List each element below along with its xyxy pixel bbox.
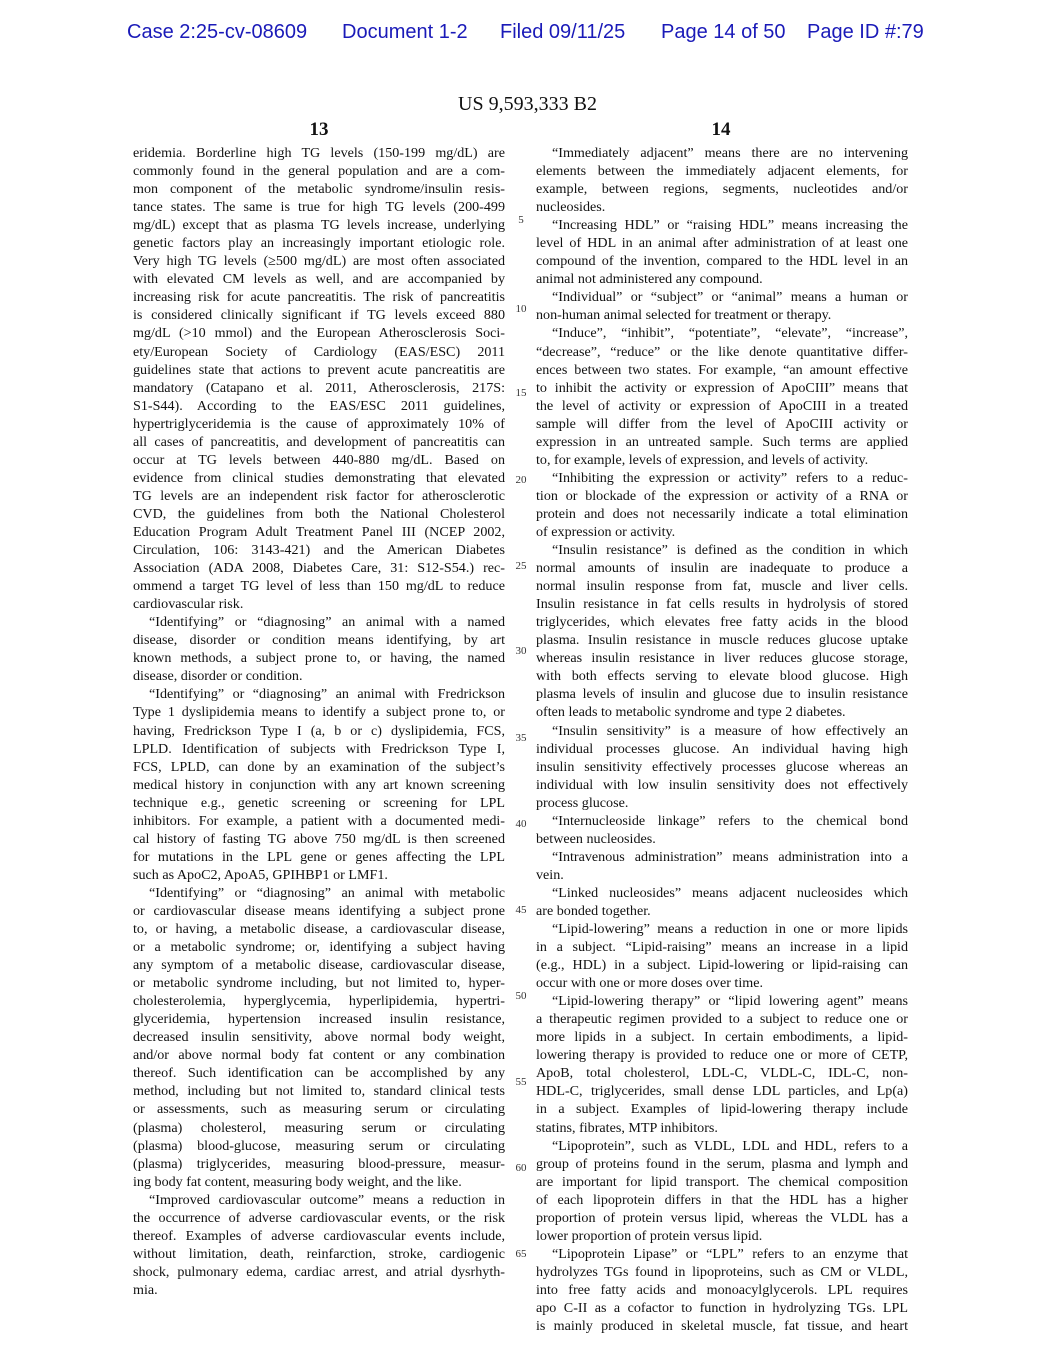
text-line: or assessments, such as measuring serum …	[133, 1100, 505, 1118]
text-line: in a subject. Examples of lipid-lowering…	[536, 1100, 908, 1118]
line-number: 65	[509, 1248, 533, 1260]
text-line: apo C-II as a cofactor to function in hy…	[536, 1299, 908, 1317]
text-line: statins, fibrates, MTP inhibitors.	[536, 1119, 908, 1137]
text-line: thereof. Such identification can be acco…	[133, 1064, 505, 1082]
text-line: HDL-C, triglycerides, small dense LDL pa…	[536, 1082, 908, 1100]
text-line: genetic factors play an increasingly imp…	[133, 234, 505, 252]
line-number: 5	[509, 214, 533, 226]
text-line: Circulation, 106: 3143-421) and the Amer…	[133, 541, 505, 559]
text-line: “Immediately adjacent” means there are n…	[536, 144, 908, 162]
text-line: more lipids in a subject. In certain emb…	[536, 1028, 908, 1046]
line-number: 25	[509, 560, 533, 572]
text-line: compound of the invention, compared to t…	[536, 252, 908, 270]
text-line: vein.	[536, 866, 908, 884]
text-line: decreased insulin sensitivity, above nor…	[133, 1028, 505, 1046]
text-line: or metabolic syndrome including, but not…	[133, 974, 505, 992]
text-line: tion or blockade of the expression or ac…	[536, 487, 908, 505]
text-line: normal amounts of insulin are inadequate…	[536, 559, 908, 577]
text-line: shock, pulmonary edema, cardiac arrest, …	[133, 1263, 505, 1281]
text-line: elements between the immediately adjacen…	[536, 162, 908, 180]
text-line: “decrease”, “reduce” or the like denote …	[536, 343, 908, 361]
right-column-text: “Immediately adjacent” means there are n…	[536, 144, 908, 1335]
text-line: normal insulin response from fat, muscle…	[536, 577, 908, 595]
left-column-text: eridemia. Borderline high TG levels (150…	[133, 144, 505, 1299]
text-line: the level of activity or expression of A…	[536, 397, 908, 415]
text-line: triglycerides, which elevates free fatty…	[536, 613, 908, 631]
page-id: Page ID #:79	[807, 18, 924, 46]
line-number: 40	[509, 818, 533, 830]
text-line: S1-S44). According to the EAS/ESC 2011 g…	[133, 397, 505, 415]
text-line: non-human animal selected for treatment …	[536, 306, 908, 324]
text-line: “Individual” or “subject” or “animal” me…	[536, 288, 908, 306]
text-line: “Intravenous administration” means admin…	[536, 848, 908, 866]
text-line: with elevated CM levels as well, and are…	[133, 270, 505, 288]
text-line: individual with low insulin sensitivity …	[536, 776, 908, 794]
text-line: individual processes glucose. An individ…	[536, 740, 908, 758]
text-line: to, for example, levels of expression, a…	[536, 451, 908, 469]
document-number: Document 1-2	[342, 18, 468, 46]
line-number: 55	[509, 1076, 533, 1088]
text-line: plasma. Insulin resistance in muscle red…	[536, 631, 908, 649]
left-column-number: 13	[289, 119, 349, 141]
text-line: medical history in conjunction with any …	[133, 776, 505, 794]
text-line: Insulin resistance in fat cells results …	[536, 595, 908, 613]
text-line: the occurrence of adverse cardiovascular…	[133, 1209, 505, 1227]
text-line: guidelines state that actions to prevent…	[133, 361, 505, 379]
text-line: example, between regions, segments, nucl…	[536, 180, 908, 198]
text-line: all cases of pancreatitis, and developme…	[133, 433, 505, 451]
text-line: “Increasing HDL” or “raising HDL” means …	[536, 216, 908, 234]
text-line: is mainly produced in skeletal muscle, f…	[536, 1317, 908, 1335]
text-line: mg/dL) except that as plasma TG levels i…	[133, 216, 505, 234]
text-line: protein and does not necessarily indicat…	[536, 505, 908, 523]
text-line: between nucleosides.	[536, 830, 908, 848]
text-line: are important for lipid transport. The c…	[536, 1173, 908, 1191]
line-number: 45	[509, 904, 533, 916]
text-line: Type 1 dyslipidemia means to identify a …	[133, 703, 505, 721]
text-line: a therapeutic regimen provided to a subj…	[536, 1010, 908, 1028]
text-line: expression in an untreated sample. Such …	[536, 433, 908, 451]
text-line: occur at TG levels between 440-880 mg/dL…	[133, 451, 505, 469]
text-line: LPLD. Identification of subjects with Fr…	[133, 740, 505, 758]
text-line: method, including but not limited to, st…	[133, 1082, 505, 1100]
text-line: ApoB, total cholesterol, LDL-C, VLDL-C, …	[536, 1064, 908, 1082]
text-line: ing body fat content, measuring body wei…	[133, 1173, 505, 1191]
text-line: level of HDL in an animal after administ…	[536, 234, 908, 252]
text-line: process glucose.	[536, 794, 908, 812]
text-line: occur with one or more doses over time.	[536, 974, 908, 992]
text-line: Education Program Adult Treatment Panel …	[133, 523, 505, 541]
text-line: are bonded together.	[536, 902, 908, 920]
text-line: having, Fredrickson Type I (a, b or c) d…	[133, 722, 505, 740]
text-line: Very high TG levels (≥500 mg/dL) are mos…	[133, 252, 505, 270]
text-line: often leads to metabolic syndrome and ty…	[536, 703, 908, 721]
text-line: lower proportion of protein versus lipid…	[536, 1227, 908, 1245]
text-line: ommend a target TG level of less than 15…	[133, 577, 505, 595]
line-number: 35	[509, 732, 533, 744]
text-line: hypertriglyceridemia is the cause of app…	[133, 415, 505, 433]
text-line: of each lipoprotein differs in that the …	[536, 1191, 908, 1209]
text-line: commonly found in the general population…	[133, 162, 505, 180]
text-line: lowering therapy is provided to reduce o…	[536, 1046, 908, 1064]
text-line: hydrolyzes TGs found in lipoproteins, su…	[536, 1263, 908, 1281]
text-line: or a metabolic syndrome; or, identifying…	[133, 938, 505, 956]
line-number: 60	[509, 1162, 533, 1174]
line-number: 50	[509, 990, 533, 1002]
text-line: tance states. The same is true for high …	[133, 198, 505, 216]
text-line: evidence from clinical studies demonstra…	[133, 469, 505, 487]
filed-date: Filed 09/11/25	[500, 18, 625, 46]
text-line: plasma levels of insulin and glucose due…	[536, 685, 908, 703]
text-line: nucleosides.	[536, 198, 908, 216]
text-line: (plasma) blood-glucose, measuring serum …	[133, 1137, 505, 1155]
text-line: in a subject. “Lipid-raising” means an i…	[536, 938, 908, 956]
right-column-number: 14	[691, 119, 751, 141]
text-line: with both effects serving to elevate blo…	[536, 667, 908, 685]
text-line: whereas insulin resistance in liver redu…	[536, 649, 908, 667]
text-line: disease, disorder or condition.	[133, 667, 505, 685]
text-line: animal not administered any compound.	[536, 270, 908, 288]
line-number: 30	[509, 645, 533, 657]
text-line: “Improved cardiovascular outcome” means …	[133, 1191, 505, 1209]
text-line: “Insulin sensitivity” is a measure of ho…	[536, 722, 908, 740]
text-line: inhibitors. For example, a patient with …	[133, 812, 505, 830]
text-line: sample will differ from the level of Apo…	[536, 415, 908, 433]
text-line: for mutations in the LPL gene or genes a…	[133, 848, 505, 866]
text-line: mia.	[133, 1281, 505, 1299]
text-line: FCS, LPLD, can done by an examination of…	[133, 758, 505, 776]
court-filing-header: Case 2:25-cv-08609 Document 1-2 Filed 09…	[0, 18, 1055, 48]
line-number: 15	[509, 387, 533, 399]
text-line: (plasma) triglycerides, measuring blood-…	[133, 1155, 505, 1173]
text-line: “Induce”, “inhibit”, “potentiate”, “elev…	[536, 324, 908, 342]
text-line: (plasma) cholesterol, measuring serum or…	[133, 1119, 505, 1137]
line-number: 10	[509, 303, 533, 315]
text-line: of expression or activity.	[536, 523, 908, 541]
text-line: insulin sensitivity effectively processe…	[536, 758, 908, 776]
text-line: “Identifying” or “diagnosing” an animal …	[133, 613, 505, 631]
text-line: “Lipoprotein Lipase” or “LPL” refers to …	[536, 1245, 908, 1263]
text-line: “Lipid-lowering” means a reduction in on…	[536, 920, 908, 938]
text-line: is considered clinically significant if …	[133, 306, 505, 324]
text-line: to, or having, a metabolic disease, a ca…	[133, 920, 505, 938]
text-line: mg/dL (>10 mmol) and the European Athero…	[133, 324, 505, 342]
text-line: proportion of protein versus lipid, wher…	[536, 1209, 908, 1227]
text-line: without limitation, death, reinfarction,…	[133, 1245, 505, 1263]
text-line: “Linked nucleosides” means adjacent nucl…	[536, 884, 908, 902]
text-line: glyceridemia, hypertension increased ins…	[133, 1010, 505, 1028]
text-line: any symptom of a metabolic disease, card…	[133, 956, 505, 974]
text-line: technique e.g., genetic screening or scr…	[133, 794, 505, 812]
text-line: mandatory (Catapano et al. 2011, Atheros…	[133, 379, 505, 397]
text-line: disease, disorder or condition means ide…	[133, 631, 505, 649]
text-line: to inhibit the activity or expression of…	[536, 379, 908, 397]
case-number: Case 2:25-cv-08609	[127, 18, 307, 46]
line-number: 20	[509, 474, 533, 486]
text-line: cardiovascular risk.	[133, 595, 505, 613]
text-line: cal history of fasting TG above 750 mg/d…	[133, 830, 505, 848]
text-line: CVD, the guidelines from both the Nation…	[133, 505, 505, 523]
text-line: ences between two states. For example, “…	[536, 361, 908, 379]
text-line: known methods, a subject prone to, or ha…	[133, 649, 505, 667]
text-line: thereof. Examples of adverse cardiovascu…	[133, 1227, 505, 1245]
text-line: “Lipid-lowering therapy” or “lipid lower…	[536, 992, 908, 1010]
text-line: cholesterolemia, hyperglycemia, hyperlip…	[133, 992, 505, 1010]
text-line: “Insulin resistance” is defined as the c…	[536, 541, 908, 559]
text-line: increasing risk for acute pancreatitis. …	[133, 288, 505, 306]
text-line: such as ApoC2, ApoA5, GPIHBP1 or LMF1.	[133, 866, 505, 884]
text-line: “Identifying” or “diagnosing” an animal …	[133, 884, 505, 902]
text-line: “Inhibiting the expression or activity” …	[536, 469, 908, 487]
text-line: “Internucleoside linkage” refers to the …	[536, 812, 908, 830]
text-line: (e.g., HDL) in a subject. Lipid-lowering…	[536, 956, 908, 974]
text-line: ety/European Society of Cardiology (EAS/…	[133, 343, 505, 361]
text-line: Association (ADA 2008, Diabetes Care, 31…	[133, 559, 505, 577]
page-number: Page 14 of 50	[661, 18, 786, 46]
text-line: group of proteins found in the serum, pl…	[536, 1155, 908, 1173]
text-line: “Identifying” or “diagnosing” an animal …	[133, 685, 505, 703]
patent-number: US 9,593,333 B2	[0, 93, 1055, 116]
text-line: into free fatty acids and monoacylglycer…	[536, 1281, 908, 1299]
text-line: and/or above normal body fat content or …	[133, 1046, 505, 1064]
text-line: mon component of the metabolic syndrome/…	[133, 180, 505, 198]
text-line: TG levels are an independent risk factor…	[133, 487, 505, 505]
text-line: eridemia. Borderline high TG levels (150…	[133, 144, 505, 162]
text-line: “Lipoprotein”, such as VLDL, LDL and HDL…	[536, 1137, 908, 1155]
text-line: or cardiovascular disease means identify…	[133, 902, 505, 920]
